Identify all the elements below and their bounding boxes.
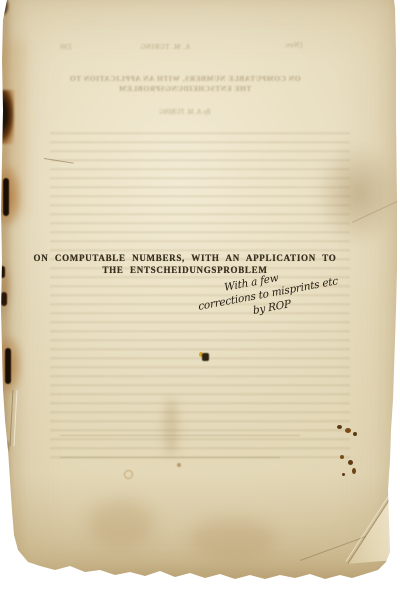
speck-right-6: [352, 468, 356, 474]
stain-right-shadow: [318, 145, 398, 243]
photograph-background: 230 A. M. TURING [Nov. ON COMPUTABLE NUM…: [0, 0, 400, 590]
stain-left-3-halo: [0, 260, 12, 316]
speck-right-5: [348, 460, 353, 465]
foxing-ring: [124, 470, 133, 479]
paper-sheet: 230 A. M. TURING [Nov. ON COMPUTABLE NUM…: [0, 0, 400, 590]
title-line-1: ON COMPUTABLE NUMBERS, WITH AN APPLICATI…: [16, 252, 354, 264]
showthrough-byline: By A. M. TURING: [30, 108, 340, 116]
showthrough-title-line-2: THE ENTSCHEIDUNGSPROBLEM: [30, 84, 340, 94]
showthrough-running-author: A. M. TURING: [140, 36, 191, 54]
showthrough-title-line-1: ON COMPUTABLE NUMBERS, WITH AN APPLICATI…: [30, 74, 340, 84]
speck-right-2: [345, 428, 351, 433]
smudge-center-dark: [202, 353, 209, 361]
stain-left-5: [1, 440, 9, 452]
foxing-dot: [177, 463, 181, 467]
speck-right-1: [337, 425, 342, 429]
speck-right-4: [340, 455, 344, 459]
showthrough-footnote-rule-1: [60, 435, 300, 436]
stain-left-1: [0, 90, 14, 144]
stain-left-3-speck-a: [0, 266, 5, 278]
showthrough-page-number-text: 230: [60, 43, 72, 51]
speck-right-3: [353, 432, 357, 436]
speck-right-7: [342, 473, 345, 476]
showthrough-footnote-rule-2: [60, 457, 280, 458]
stain-left-3-speck-b: [1, 292, 7, 306]
stain-left-4-halo: [0, 336, 22, 394]
showthrough-date-bracket-text: [Nov.: [284, 41, 302, 49]
blotch-bottom-left: [88, 500, 154, 548]
stain-left-4-core: [5, 348, 11, 384]
stain-left-2-core: [3, 178, 9, 216]
showthrough-running-author-text: A. M. TURING: [140, 43, 191, 51]
showthrough-title: ON COMPUTABLE NUMBERS, WITH AN APPLICATI…: [30, 74, 340, 94]
streak-center: [164, 398, 178, 456]
blotch-bottom-center: [190, 518, 276, 560]
showthrough-page-number: 230: [60, 36, 72, 54]
showthrough-date-bracket: [Nov.: [284, 34, 302, 52]
